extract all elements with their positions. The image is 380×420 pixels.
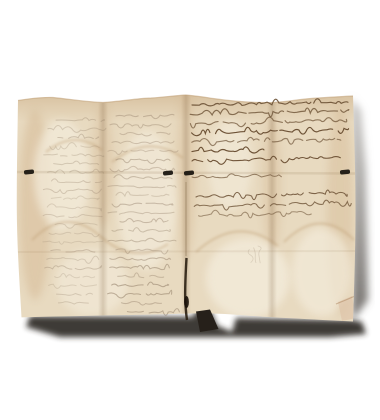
fold-crease-right xyxy=(267,92,277,324)
product-photo: Product photograph of an antique handwri… xyxy=(0,0,380,420)
antique-letter-photo xyxy=(0,0,380,420)
light-patch-4 xyxy=(206,238,290,318)
light-patch-1 xyxy=(34,120,90,230)
center-tear-hole xyxy=(184,296,189,308)
